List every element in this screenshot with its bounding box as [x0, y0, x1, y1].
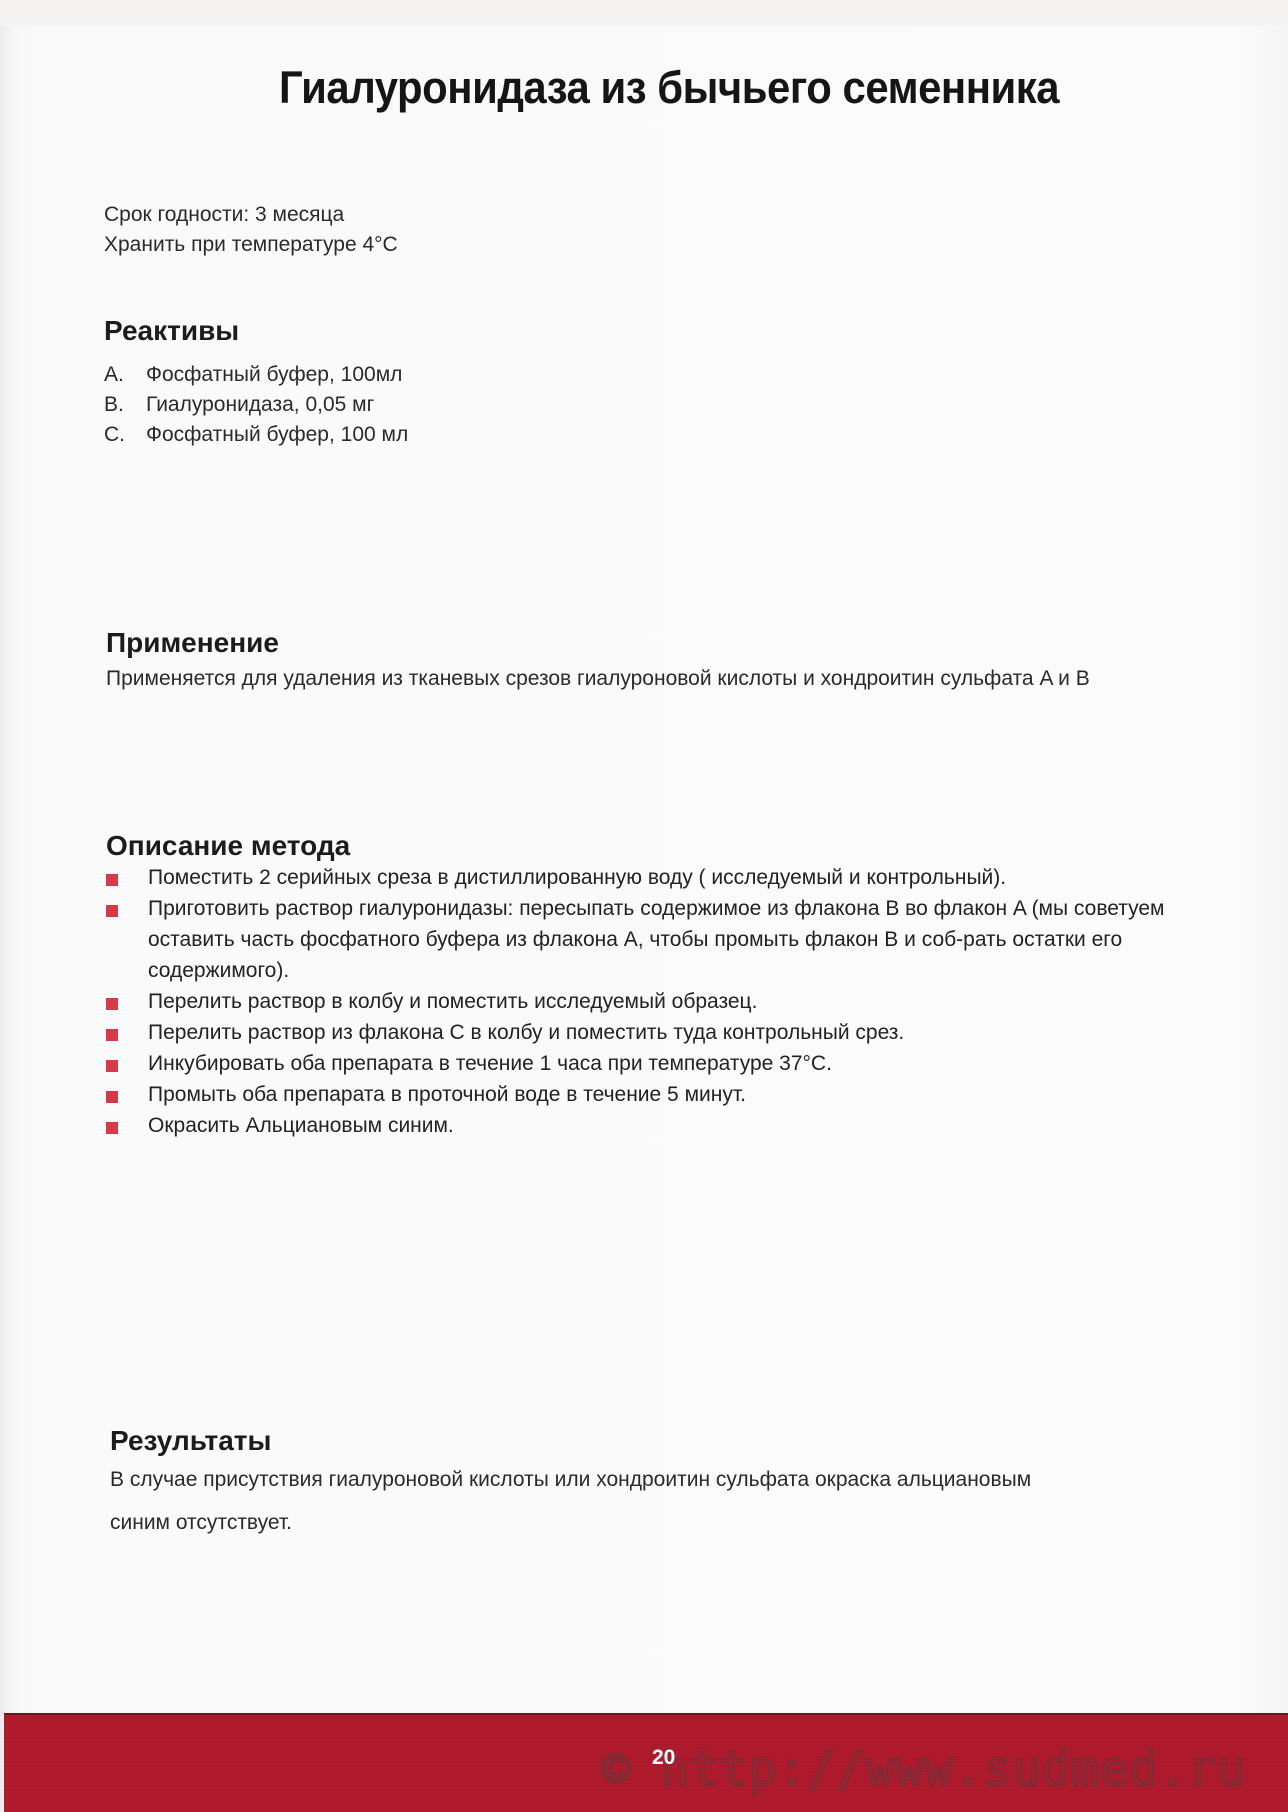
method-step: Инкубировать оба препарата в течение 1 ч… — [104, 1048, 1234, 1079]
page: Гиалуронидаза из бычьего семенника Срок … — [0, 0, 1288, 1812]
reagent-item: C. Фосфатный буфер, 100 мл — [104, 420, 408, 450]
method-steps: Поместить 2 серийных среза в дистиллиров… — [104, 862, 1234, 1141]
method-step: Перелить раствор из флакона C в колбу и … — [104, 1017, 1234, 1048]
page-title: Гиалуронидаза из бычьего семенника — [47, 62, 1288, 114]
results-text-line1: В случае присутствия гиалуроновой кислот… — [110, 1468, 1031, 1492]
method-heading: Описание метода — [106, 830, 350, 862]
shelf-life: Срок годности: 3 месяца — [104, 200, 398, 230]
square-bullet-icon — [106, 905, 118, 917]
application-text: Применяется для удаления из тканевых сре… — [106, 667, 1090, 691]
reagent-text: Гиалуронидаза, 0,05 мг — [146, 390, 374, 420]
method-step: Перелить раствор в колбу и поместить исс… — [104, 986, 1234, 1017]
method-step: Поместить 2 серийных среза в дистиллиров… — [104, 862, 1234, 893]
square-bullet-icon — [106, 998, 118, 1010]
reagent-item: A. Фосфатный буфер, 100мл — [104, 360, 408, 390]
results-heading: Результаты — [110, 1425, 271, 1457]
watermark: © http://www.sudmed.ru — [602, 1742, 1247, 1797]
reagent-letter: C. — [104, 420, 146, 450]
square-bullet-icon — [106, 1122, 118, 1134]
method-step: Окрасить Альциановым синим. — [104, 1110, 1234, 1141]
method-step: Промыть оба препарата в проточной воде в… — [104, 1079, 1234, 1110]
reagents-list: A. Фосфатный буфер, 100мл B. Гиалуронида… — [104, 360, 408, 450]
page-number: 20 — [652, 1746, 675, 1770]
square-bullet-icon — [106, 1060, 118, 1072]
square-bullet-icon — [106, 874, 118, 886]
method-step: Приготовить раствор гиалуронидазы: перес… — [104, 893, 1234, 986]
square-bullet-icon — [106, 1029, 118, 1041]
reagent-letter: A. — [104, 360, 146, 390]
storage-condition: Хранить при температуре 4°C — [104, 230, 398, 260]
application-heading: Применение — [106, 627, 279, 659]
results-text-line2: синим отсутствует. — [110, 1511, 292, 1535]
reagent-item: B. Гиалуронидаза, 0,05 мг — [104, 390, 408, 420]
product-meta: Срок годности: 3 месяца Хранить при темп… — [104, 200, 398, 260]
square-bullet-icon — [106, 1091, 118, 1103]
reagent-text: Фосфатный буфер, 100 мл — [146, 420, 408, 450]
reagent-text: Фосфатный буфер, 100мл — [146, 360, 402, 390]
scan-top-edge — [0, 0, 1288, 26]
reagents-heading: Реактивы — [104, 315, 239, 347]
reagent-letter: B. — [104, 390, 146, 420]
